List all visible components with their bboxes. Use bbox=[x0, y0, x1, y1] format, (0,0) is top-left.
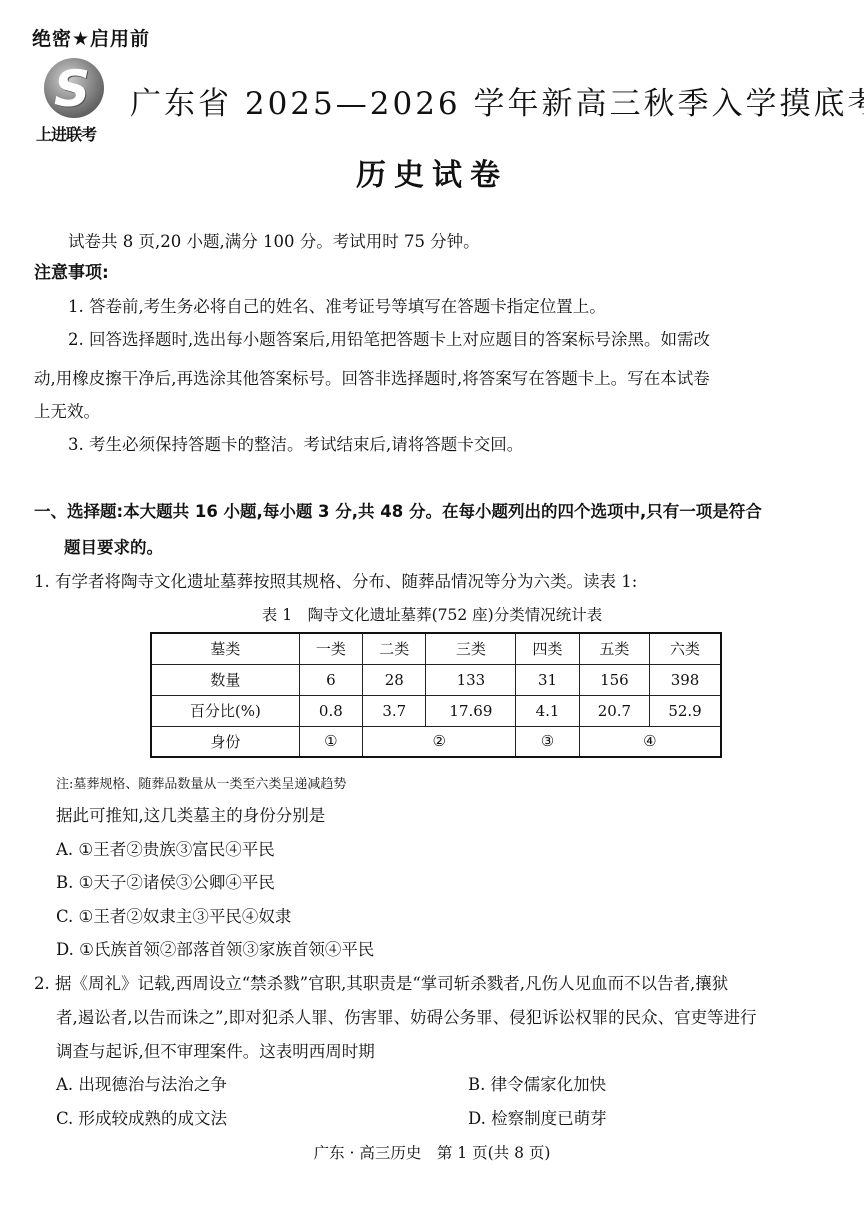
notice-item-2-cont: 动,用橡皮擦干净后,再选涂其他答案标号。回答非选择题时,将答案写在答题卡上。写在… bbox=[34, 365, 710, 389]
notice-heading: 注意事项: bbox=[34, 258, 109, 283]
table-cell: 6 bbox=[299, 664, 362, 695]
publisher-logo: S 上进联考 bbox=[36, 56, 114, 146]
table-cell: 156 bbox=[579, 664, 649, 695]
notice-item-1: 1. 答卷前,考生务必将自己的姓名、准考证号等填写在答题卡指定位置上。 bbox=[68, 293, 606, 317]
table-cell: 百分比(%) bbox=[151, 695, 299, 726]
question-2-stem-line-2: 者,遏讼者,以告而诛之”,即对犯杀人罪、伤害罪、妨碍公务罪、侵犯诉讼权罪的民众、… bbox=[56, 1004, 757, 1028]
table-row: 百分比(%) 0.8 3.7 17.69 4.1 20.7 52.9 bbox=[151, 695, 721, 726]
table-note: 注:墓葬规格、随葬品数量从一类至六类呈递减趋势 bbox=[56, 773, 346, 792]
confidential-label: 绝密★启用前 bbox=[32, 24, 150, 51]
table-cell: ② bbox=[363, 726, 516, 757]
question-1-option-c: C. ①王者②奴隶主③平民④奴隶 bbox=[56, 903, 291, 927]
table-cell: 133 bbox=[426, 664, 516, 695]
notice-item-3: 3. 考生必须保持答题卡的整洁。考试结束后,请将答题卡交回。 bbox=[68, 431, 523, 455]
logo-text: 上进联考 bbox=[36, 122, 96, 145]
table-row: 身份 ① ② ③ ④ bbox=[151, 726, 721, 757]
table-cell: 二类 bbox=[363, 633, 426, 664]
exam-intro: 试卷共 8 页,20 小题,满分 100 分。考试用时 75 分钟。 bbox=[68, 228, 480, 252]
table-cell: 52.9 bbox=[650, 695, 721, 726]
section-heading: 一、选择题:本大题共 16 小题,每小题 3 分,共 48 分。在每小题列出的四… bbox=[34, 498, 762, 522]
table-cell: 六类 bbox=[650, 633, 721, 664]
exam-title: 广东省 2025—2026 学年新高三秋季入学摸底考试 bbox=[130, 78, 864, 123]
section-heading-cont: 题目要求的。 bbox=[64, 534, 163, 558]
question-2-option-b: B. 律令儒家化加快 bbox=[468, 1071, 606, 1095]
table-row: 数量 6 28 133 31 156 398 bbox=[151, 664, 721, 695]
table-cell: 数量 bbox=[151, 664, 299, 695]
notice-item-2: 2. 回答选择题时,选出每小题答案后,用铅笔把答题卡上对应题目的答案标号涂黑。如… bbox=[68, 326, 710, 350]
question-2-stem-line-1: 2. 据《周礼》记载,西周设立“禁杀戮”官职,其职责是“掌司斩杀戮者,凡伤人见血… bbox=[34, 970, 728, 994]
table-cell: 4.1 bbox=[516, 695, 579, 726]
table-cell: 四类 bbox=[516, 633, 579, 664]
question-2-stem-line-3: 调查与起诉,但不审理案件。这表明西周时期 bbox=[56, 1038, 375, 1062]
question-1-option-d: D. ①氏族首领②部落首领③家族首领④平民 bbox=[56, 936, 374, 960]
table-cell: 20.7 bbox=[579, 695, 649, 726]
logo-s-icon: S bbox=[54, 60, 90, 118]
table-cell: 五类 bbox=[579, 633, 649, 664]
table-cell: 墓类 bbox=[151, 633, 299, 664]
table-cell: 31 bbox=[516, 664, 579, 695]
tomb-statistics-table: 墓类 一类 二类 三类 四类 五类 六类 数量 6 28 133 31 156 … bbox=[150, 632, 722, 758]
table-cell: 三类 bbox=[426, 633, 516, 664]
table-cell: ③ bbox=[516, 726, 579, 757]
question-2-option-a: A. 出现德治与法治之争 bbox=[56, 1071, 227, 1095]
notice-item-2-end: 上无效。 bbox=[34, 398, 100, 422]
question-2-option-d: D. 检察制度已萌芽 bbox=[468, 1105, 607, 1129]
exam-subtitle: 历史试卷 bbox=[0, 150, 864, 194]
table-cell: 0.8 bbox=[299, 695, 362, 726]
question-1-prompt: 据此可推知,这几类墓主的身份分别是 bbox=[56, 802, 325, 826]
table-header-row: 墓类 一类 二类 三类 四类 五类 六类 bbox=[151, 633, 721, 664]
table-cell: 17.69 bbox=[426, 695, 516, 726]
page-footer: 广东 · 高三历史 第 1 页(共 8 页) bbox=[0, 1141, 864, 1163]
table-cell: ① bbox=[299, 726, 362, 757]
table-cell: 28 bbox=[363, 664, 426, 695]
table-caption: 表 1 陶寺文化遗址墓葬(752 座)分类情况统计表 bbox=[0, 603, 864, 625]
question-1-option-b: B. ①天子②诸侯③公卿④平民 bbox=[56, 869, 275, 893]
table-cell: 3.7 bbox=[363, 695, 426, 726]
question-1-stem: 1. 有学者将陶寺文化遗址墓葬按照其规格、分布、随葬品情况等分为六类。读表 1: bbox=[34, 568, 637, 592]
table-cell: ④ bbox=[579, 726, 721, 757]
table-cell: 398 bbox=[650, 664, 721, 695]
question-1-option-a: A. ①王者②贵族③富民④平民 bbox=[56, 836, 275, 860]
table-cell: 一类 bbox=[299, 633, 362, 664]
table-cell: 身份 bbox=[151, 726, 299, 757]
question-2-option-c: C. 形成较成熟的成文法 bbox=[56, 1105, 227, 1129]
